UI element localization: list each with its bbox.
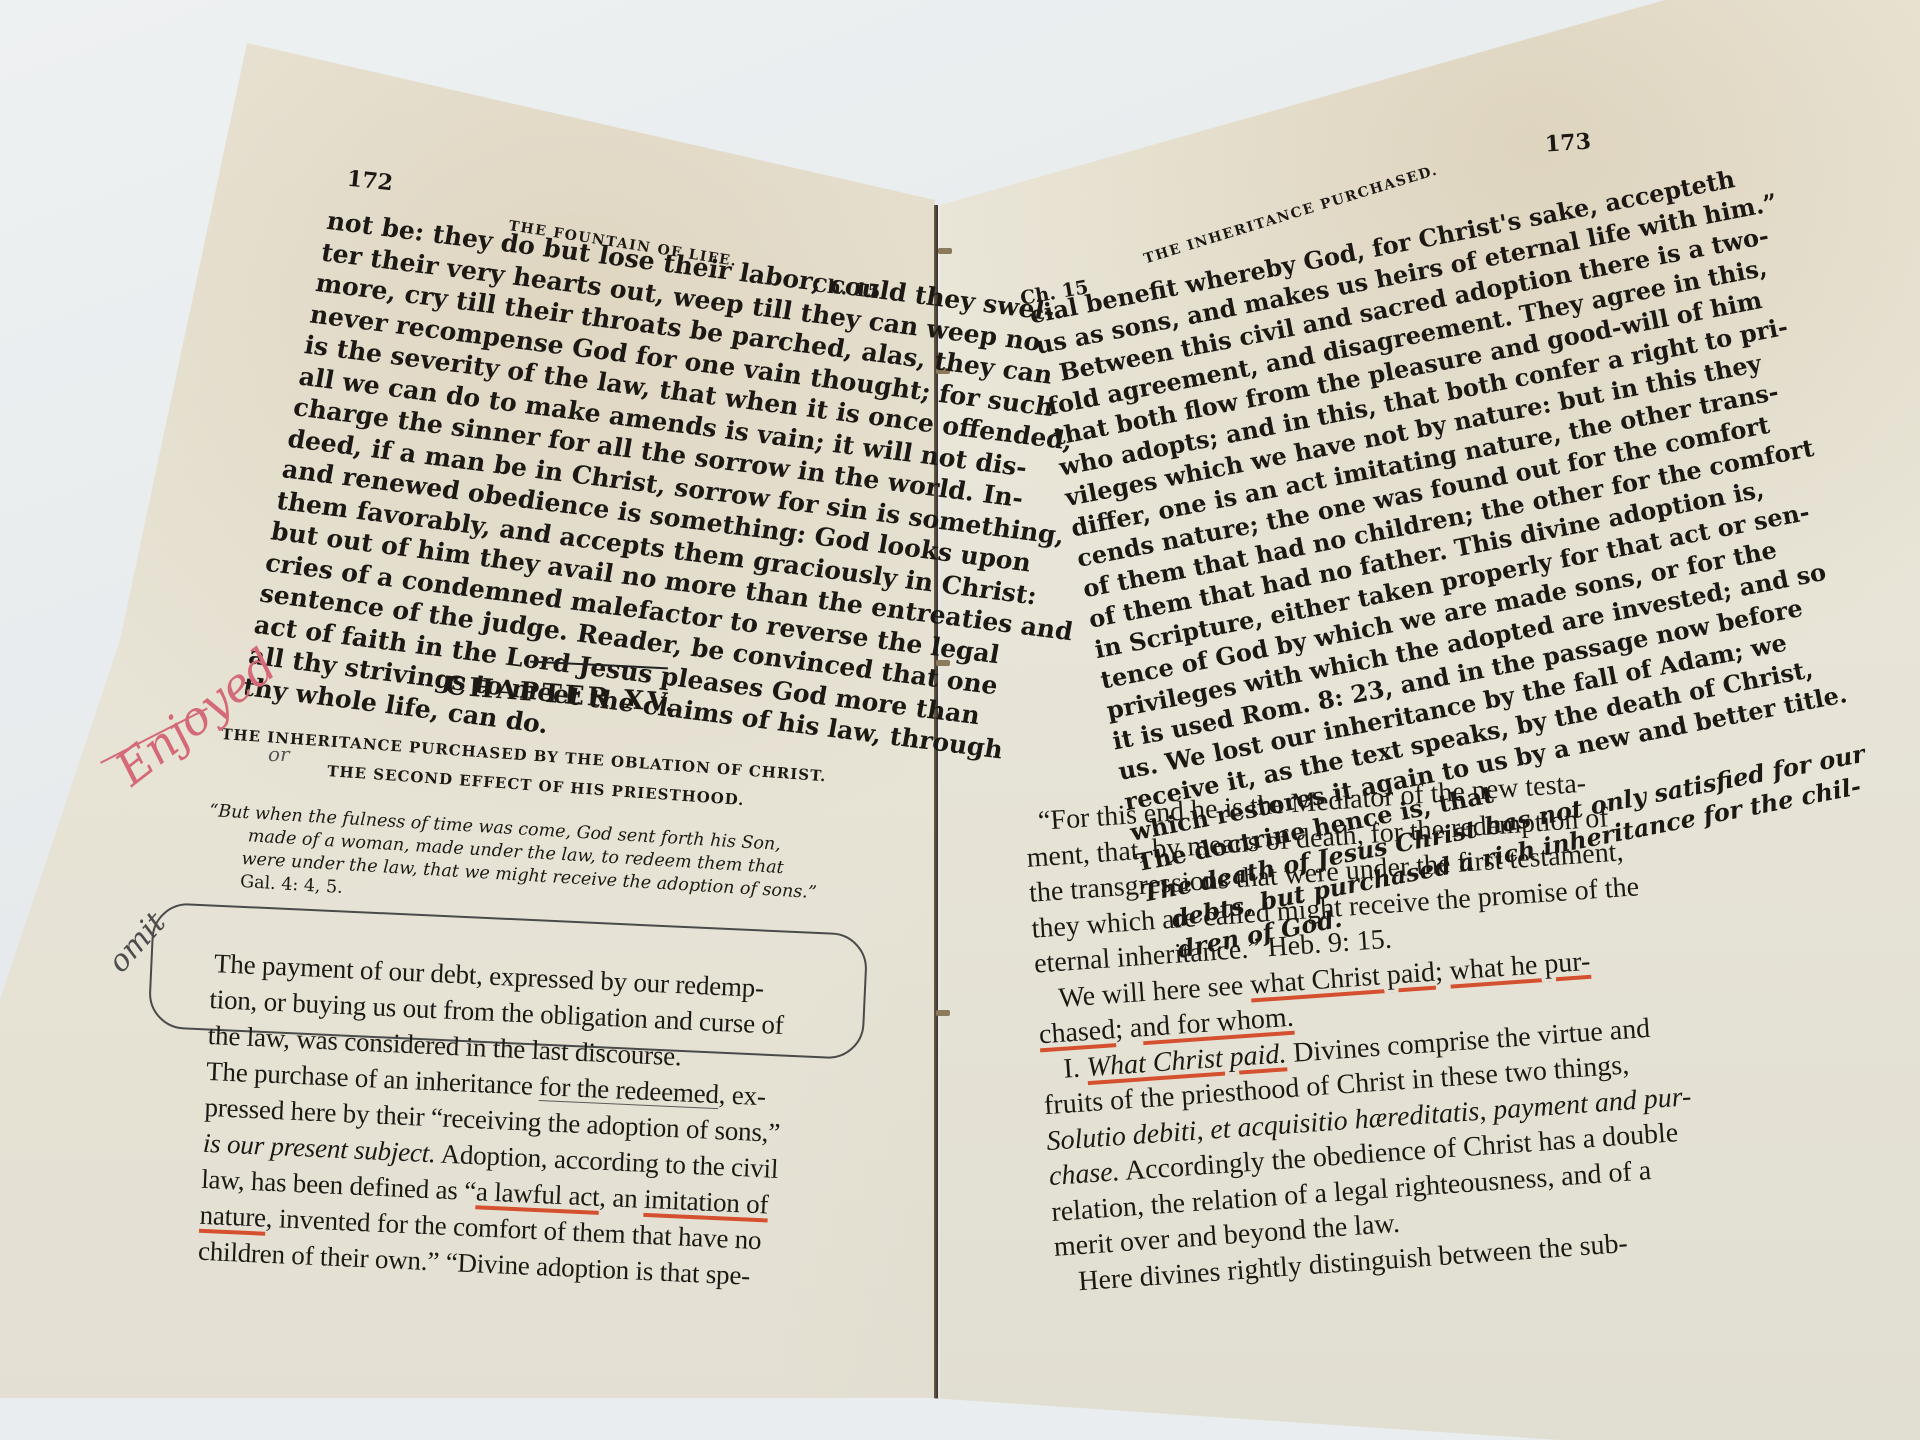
page-number-left: 172 [346,166,394,197]
text-span: ; a [1114,1012,1143,1045]
page-number-right: 173 [1544,128,1592,157]
red-underlined-text: imitation of [643,1184,769,1220]
right-body-text-2: “For this end he is the Mediator of the … [1023,760,1702,1301]
text-span: chase. [1048,1156,1121,1192]
binding-thread [936,1010,950,1016]
open-book: 172 THE FOUNTAIN OF LIFE. Ch. 15. not be… [0,0,1920,1440]
left-body-text-2: The payment of our debt, expressed by ou… [197,945,787,1295]
binding-thread [938,248,952,254]
text-span: , an [599,1182,645,1214]
red-underlined-text: nature [199,1200,267,1233]
red-underlined-text: a lawful act [475,1176,600,1212]
handwritten-or-note: or [268,742,290,766]
pencil-underlined-text: for the redeemed [539,1071,720,1109]
text-span: , ex- [718,1079,766,1111]
left-body-text: not be: they do but lose their labor; co… [241,205,1132,803]
red-underlined-text: what he pur- [1448,945,1591,986]
text-span: I. [1062,1052,1087,1085]
red-underlined-text: chased [1038,1014,1116,1050]
